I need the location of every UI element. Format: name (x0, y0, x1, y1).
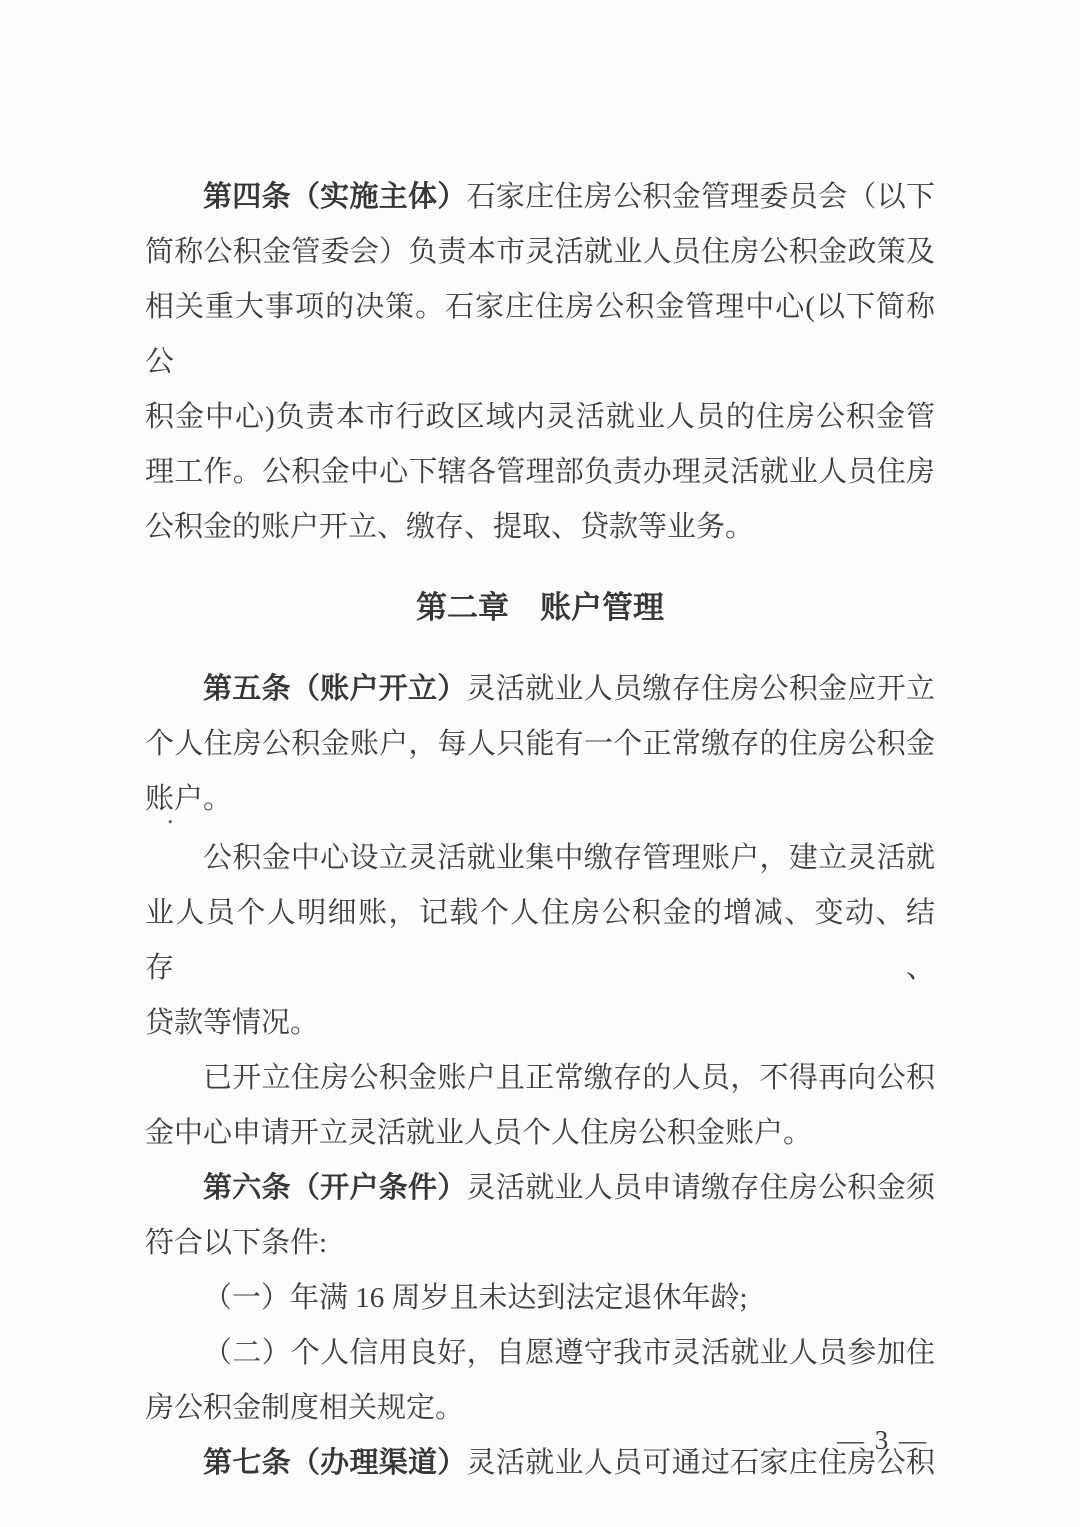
article4-line1-text: 石家庄住房公积金管理委员会（以下 (467, 181, 935, 213)
article5-line1: 第五条（账户开立）灵活就业人员缴存住房公积金应开立 (145, 662, 935, 717)
article4-line2: 简称公积金管委会）负责本市灵活就业人员住房公积金政策及 (145, 225, 935, 280)
article6-line2: 符合以下条件: (145, 1216, 935, 1271)
article6-label: 第六条（开户条件） (203, 1172, 467, 1204)
article7-line1: 第七条（办理渠道）灵活就业人员可通过石家庄住房公积 (145, 1436, 935, 1491)
article4-label: 第四条（实施主体） (203, 181, 467, 213)
article4-line6: 公积金的账户开立、缴存、提取、贷款等业务。 (145, 500, 935, 555)
article6-item2-line1: （二）个人信用良好，自愿遵守我市灵活就业人员参加住 (145, 1326, 935, 1381)
central-account-line3: 贷款等情况。 (145, 996, 935, 1051)
article7-label: 第七条（办理渠道） (203, 1447, 467, 1479)
document-page: 第四条（实施主体）石家庄住房公积金管理委员会（以下 简称公积金管委会）负责本市灵… (0, 0, 1080, 1527)
article5-line2: 个人住房公积金账户，每人只能有一个正常缴存的住房公积金 (145, 717, 935, 772)
article4-line5: 理工作。公积金中心下辖各管理部负责办理灵活就业人员住房 (145, 445, 935, 500)
article6-item1: （一）年满 16 周岁且未达到法定退休年龄; (145, 1271, 935, 1326)
central-account-line2: 业人员个人明细账，记载个人住房公积金的增减、变动、结存、 (145, 886, 935, 996)
article6-line1: 第六条（开户条件）灵活就业人员申请缴存住房公积金须 (145, 1161, 935, 1216)
central-account-line1: 公积金中心设立灵活就业集中缴存管理账户，建立灵活就 (145, 831, 935, 886)
article5-label: 第五条（账户开立） (203, 673, 467, 705)
article4-line4: 积金中心)负责本市行政区域内灵活就业人员的住房公积金管 (145, 390, 935, 445)
document-body: 第四条（实施主体）石家庄住房公积金管理委员会（以下 简称公积金管委会）负责本市灵… (145, 170, 935, 1491)
article6-item2-line2: 房公积金制度相关规定。 (145, 1381, 935, 1436)
article5-line3: 账户。 (145, 772, 935, 827)
page-number: — 3 — (837, 1425, 928, 1456)
article4-line1: 第四条（实施主体）石家庄住房公积金管理委员会（以下 (145, 170, 935, 225)
article6-line1-text: 灵活就业人员申请缴存住房公积金须 (467, 1172, 935, 1204)
existing-account-line1: 已开立住房公积金账户且正常缴存的人员，不得再向公积 (145, 1051, 935, 1106)
scan-artifact-dot: . (167, 800, 174, 830)
chapter-2-heading: 第二章 账户管理 (145, 580, 935, 635)
article4-line3: 相关重大事项的决策。石家庄住房公积金管理中心(以下简称公 (145, 280, 935, 390)
existing-account-line2: 金中心申请开立灵活就业人员个人住房公积金账户。 (145, 1106, 935, 1161)
article5-line1-text: 灵活就业人员缴存住房公积金应开立 (467, 673, 935, 705)
